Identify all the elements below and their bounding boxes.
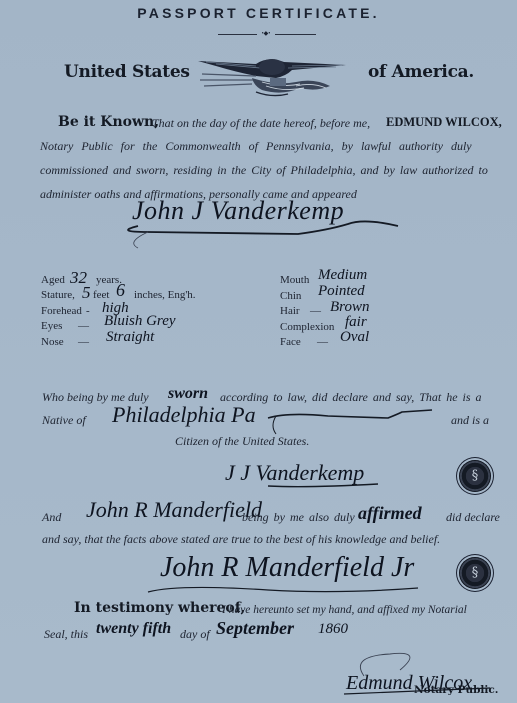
label-forehead: Forehead	[41, 305, 82, 317]
notary-title: Notary Public.	[414, 684, 498, 696]
label-complexion: Complexion	[280, 321, 334, 333]
value-inches: 6	[116, 280, 125, 301]
value-mouth: Medium	[318, 267, 367, 284]
oath-line-2b: and is a	[451, 413, 489, 428]
document-title: PASSPORT CERTIFICATE.	[0, 5, 517, 21]
testimony-lead: In testimony whereof,	[74, 600, 245, 616]
label-stature: Stature,	[41, 289, 75, 301]
dash: —	[310, 305, 321, 317]
value-nose: Straight	[106, 329, 154, 346]
testimony-month: September	[216, 618, 294, 639]
intro-line-3: commissioned and sworn, residing in the …	[40, 163, 488, 178]
eagle-with-flag-icon	[196, 56, 348, 98]
value-eyes: Bluish Grey	[104, 313, 176, 330]
value-chin: Pointed	[318, 283, 365, 300]
notarial-seal-icon: §	[459, 460, 491, 492]
testimony-line-1: I have hereunto set my hand, and affixed…	[222, 604, 467, 616]
notarial-seal-icon: §	[459, 557, 491, 589]
witness-line-1c: did declare	[446, 510, 500, 525]
signature-flourish	[118, 222, 418, 252]
label-inches: inches, Eng'h.	[134, 289, 196, 301]
witness-signature: John R Manderfield Jr	[160, 552, 414, 584]
heading-of-america: of America.	[368, 62, 474, 82]
native-flourish	[268, 404, 438, 434]
witness-affirmed: affirmed	[358, 503, 422, 524]
intro-line-1: That on the day of the date hereof, befo…	[152, 116, 370, 131]
oath-line-1b: according to law, did declare and say, T…	[220, 390, 482, 405]
value-feet: 5	[82, 283, 91, 303]
notary-name: EDMUND WILCOX,	[386, 115, 502, 130]
label-mouth: Mouth	[280, 274, 309, 286]
label-face: Face	[280, 336, 301, 348]
dash: —	[78, 320, 89, 332]
value-face: Oval	[340, 329, 369, 346]
oath-line-2a: Native of	[42, 413, 86, 428]
dash: -	[86, 305, 90, 317]
intro-line-2: Notary Public for the Commonwealth of Pe…	[40, 139, 472, 154]
oath-line-3: Citizen of the United States.	[175, 434, 309, 449]
dash: —	[317, 336, 328, 348]
oath-sworn: sworn	[168, 385, 208, 403]
label-aged: Aged	[41, 274, 65, 286]
heading-united-states: United States	[64, 62, 190, 82]
testimony-line-2a: Seal, this	[44, 627, 88, 642]
dash: —	[78, 336, 89, 348]
label-eyes: Eyes	[41, 320, 62, 332]
signature-underline	[268, 482, 388, 492]
testimony-day: twenty fifth	[96, 620, 171, 638]
witness-line-1a: And	[42, 510, 61, 525]
label-hair: Hair	[280, 305, 300, 317]
intro-lead: Be it Known,	[58, 114, 159, 130]
passport-certificate: PASSPORT CERTIFICATE. •◆• United States …	[0, 0, 517, 703]
witness-line-1b: being by me also duly	[242, 510, 355, 525]
witness-name: John R Manderfield	[86, 497, 262, 523]
divider-ornament: •◆•	[257, 31, 275, 37]
witness-line-2: and say, that the facts above stated are…	[42, 532, 440, 547]
testimony-line-2b: day of	[180, 627, 210, 642]
label-chin: Chin	[280, 290, 301, 302]
label-nose: Nose	[41, 336, 64, 348]
oath-native-place: Philadelphia Pa	[112, 402, 256, 428]
